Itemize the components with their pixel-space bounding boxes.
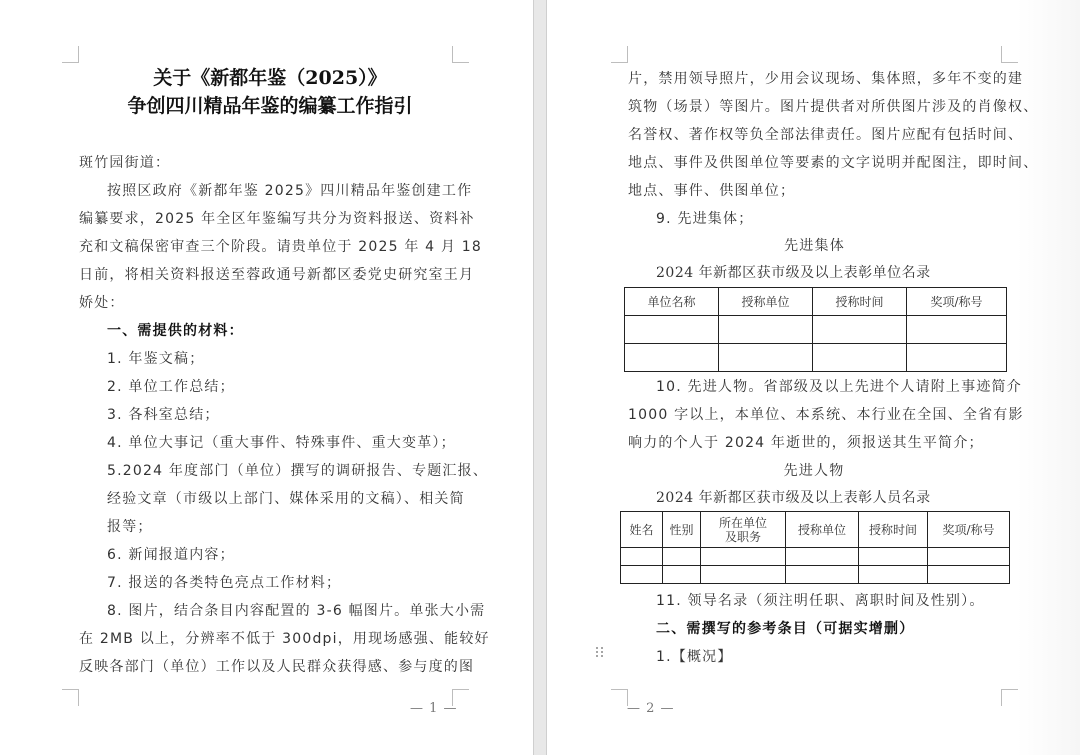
table-cell[interactable]	[625, 316, 719, 344]
table-cell[interactable]	[625, 344, 719, 372]
table-row	[625, 344, 1007, 372]
table-row	[621, 548, 1010, 566]
advanced-persons-table: 姓名 性别 所在单位 及职务 授称单位 授称时间 奖项/称号	[620, 511, 1010, 584]
table-header-cell: 姓名	[621, 512, 663, 548]
paragraph-line: 娇处：	[79, 293, 125, 313]
table-cell[interactable]	[663, 548, 701, 566]
table-cell[interactable]	[786, 548, 859, 566]
margin-corner-mark	[1001, 689, 1018, 706]
list-item: 9. 先进集体；	[656, 209, 753, 229]
list-item: 4. 单位大事记（重大事件、特殊事件、重大变革）；	[107, 433, 456, 453]
list-item-continuation: 报等；	[107, 517, 153, 537]
table-header-cell: 奖项/称号	[907, 288, 1007, 316]
list-item-continuation: 反映各部门（单位）工作以及人民群众获得感、参与度的图	[79, 657, 474, 677]
page-number: — 2 —	[627, 701, 675, 716]
document-page-1: 关于《新都年鉴（2025）》 争创四川精品年鉴的编纂工作指引 斑竹园街道： 按照…	[0, 0, 533, 755]
table-cell[interactable]	[663, 566, 701, 584]
table-row	[625, 316, 1007, 344]
table-cell[interactable]	[621, 566, 663, 584]
paragraph-line: 编纂要求，2025 年全区年鉴编写共分为资料报送、资料补	[79, 209, 475, 229]
table-cell[interactable]	[813, 316, 907, 344]
list-item: 11. 领导名录（须注明任职、离职时间及性别）。	[656, 591, 985, 611]
list-item: 2. 单位工作总结；	[107, 377, 235, 397]
table-header-cell: 授称单位	[719, 288, 813, 316]
paragraph-line: 片，禁用领导照片，少用会议现场、集体照，多年不变的建	[628, 69, 1023, 89]
document-title-line-2: 争创四川精品年鉴的编纂工作指引	[60, 92, 480, 120]
table1-caption: 2024 年新都区获市级及以上表彰单位名录	[656, 263, 931, 283]
section-heading-materials: 一、需提供的材料：	[107, 321, 244, 341]
table-header-cell: 单位名称	[625, 288, 719, 316]
table1-heading: 先进集体	[624, 236, 1005, 256]
table2-heading: 先进人物	[620, 461, 1008, 481]
salutation: 斑竹园街道：	[79, 153, 170, 173]
table-cell[interactable]	[621, 548, 663, 566]
margin-corner-mark	[62, 689, 79, 706]
table-header-cell: 所在单位 及职务	[701, 512, 786, 548]
table-cell[interactable]	[813, 344, 907, 372]
table-header-cell: 授称单位	[786, 512, 859, 548]
table-header-cell-line: 及职务	[701, 530, 785, 544]
advanced-units-table: 单位名称 授称单位 授称时间 奖项/称号	[624, 287, 1007, 372]
list-item-continuation: 经验文章（市级以上部门、媒体采用的文稿）、相关简	[107, 489, 465, 509]
table-cell[interactable]	[786, 566, 859, 584]
paragraph-line: 地点、事件及供图单位等要素的文字说明并配图注，即时间、	[628, 153, 1038, 173]
table-cell[interactable]	[719, 344, 813, 372]
document-title-line-1: 关于《新都年鉴（2025）》	[60, 64, 480, 92]
list-item: 1. 年鉴文稿；	[107, 349, 204, 369]
paragraph-line: 按照区政府《新都年鉴 2025》四川精品年鉴创建工作	[107, 181, 472, 201]
margin-corner-mark	[611, 46, 628, 63]
table-cell[interactable]	[907, 344, 1007, 372]
list-item: 10. 先进人物。省部级及以上先进个人请附上事迹简介	[656, 377, 1022, 397]
table-header-cell-line: 所在单位	[701, 516, 785, 530]
section-heading-reference-entries: 二、需撰写的参考条目（可据实增删）	[656, 619, 914, 639]
list-item: 7. 报送的各类特色亮点工作材料；	[107, 573, 341, 593]
paragraph-line: 筑物（场景）等图片。图片提供者对所供图片涉及的肖像权、	[628, 97, 1038, 117]
paragraph-line: 充和文稿保密审查三个阶段。请贵单位于 2025 年 4 月 18	[79, 237, 482, 257]
table-cell[interactable]	[859, 548, 928, 566]
table-cell[interactable]	[907, 316, 1007, 344]
table-cell[interactable]	[701, 548, 786, 566]
paragraph-line: 名誉权、著作权等负全部法律责任。图片应配有包括时间、	[628, 125, 1023, 145]
table-header-cell: 授称时间	[859, 512, 928, 548]
list-item: 3. 各科室总结；	[107, 405, 220, 425]
table-header-cell: 性别	[663, 512, 701, 548]
drag-handle-icon[interactable]	[596, 647, 604, 661]
margin-corner-mark	[62, 46, 79, 63]
table-cell[interactable]	[859, 566, 928, 584]
margin-corner-mark	[1001, 46, 1018, 63]
list-item: 8. 图片，结合条目内容配置的 3-6 幅图片。单张大小需	[107, 601, 485, 621]
list-item-continuation: 1000 字以上，本单位、本系统、本行业在全国、全省有影	[628, 405, 1024, 425]
table-cell[interactable]	[701, 566, 786, 584]
margin-corner-mark	[452, 46, 469, 63]
list-item: 6. 新闻报道内容；	[107, 545, 235, 565]
list-item: 5.2024 年度部门（单位）撰写的调研报告、专题汇报、	[107, 461, 488, 481]
margin-corner-mark	[611, 689, 628, 706]
paragraph-line: 地点、事件、供图单位；	[628, 181, 795, 201]
list-item-continuation: 响力的个人于 2024 年逝世的，须报送其生平简介；	[628, 433, 984, 453]
page-separator	[533, 0, 547, 755]
list-item-continuation: 在 2MB 以上，分辨率不低于 300dpi，用现场感强、能较好	[79, 629, 490, 649]
table-cell[interactable]	[719, 316, 813, 344]
table-header-cell: 授称时间	[813, 288, 907, 316]
table-header-cell: 奖项/称号	[928, 512, 1010, 548]
document-page-2: 片，禁用领导照片，少用会议现场、集体照，多年不变的建 筑物（场景）等图片。图片提…	[547, 0, 1080, 755]
page-number: — 1 —	[410, 701, 458, 716]
table2-caption: 2024 年新都区获市级及以上表彰人员名录	[656, 488, 931, 508]
sub-item: 1.【概况】	[656, 647, 733, 667]
table-cell[interactable]	[928, 548, 1010, 566]
paragraph-line: 日前，将相关资料报送至蓉政通号新都区委党史研究室王月	[79, 265, 474, 285]
table-row	[621, 566, 1010, 584]
table-cell[interactable]	[928, 566, 1010, 584]
